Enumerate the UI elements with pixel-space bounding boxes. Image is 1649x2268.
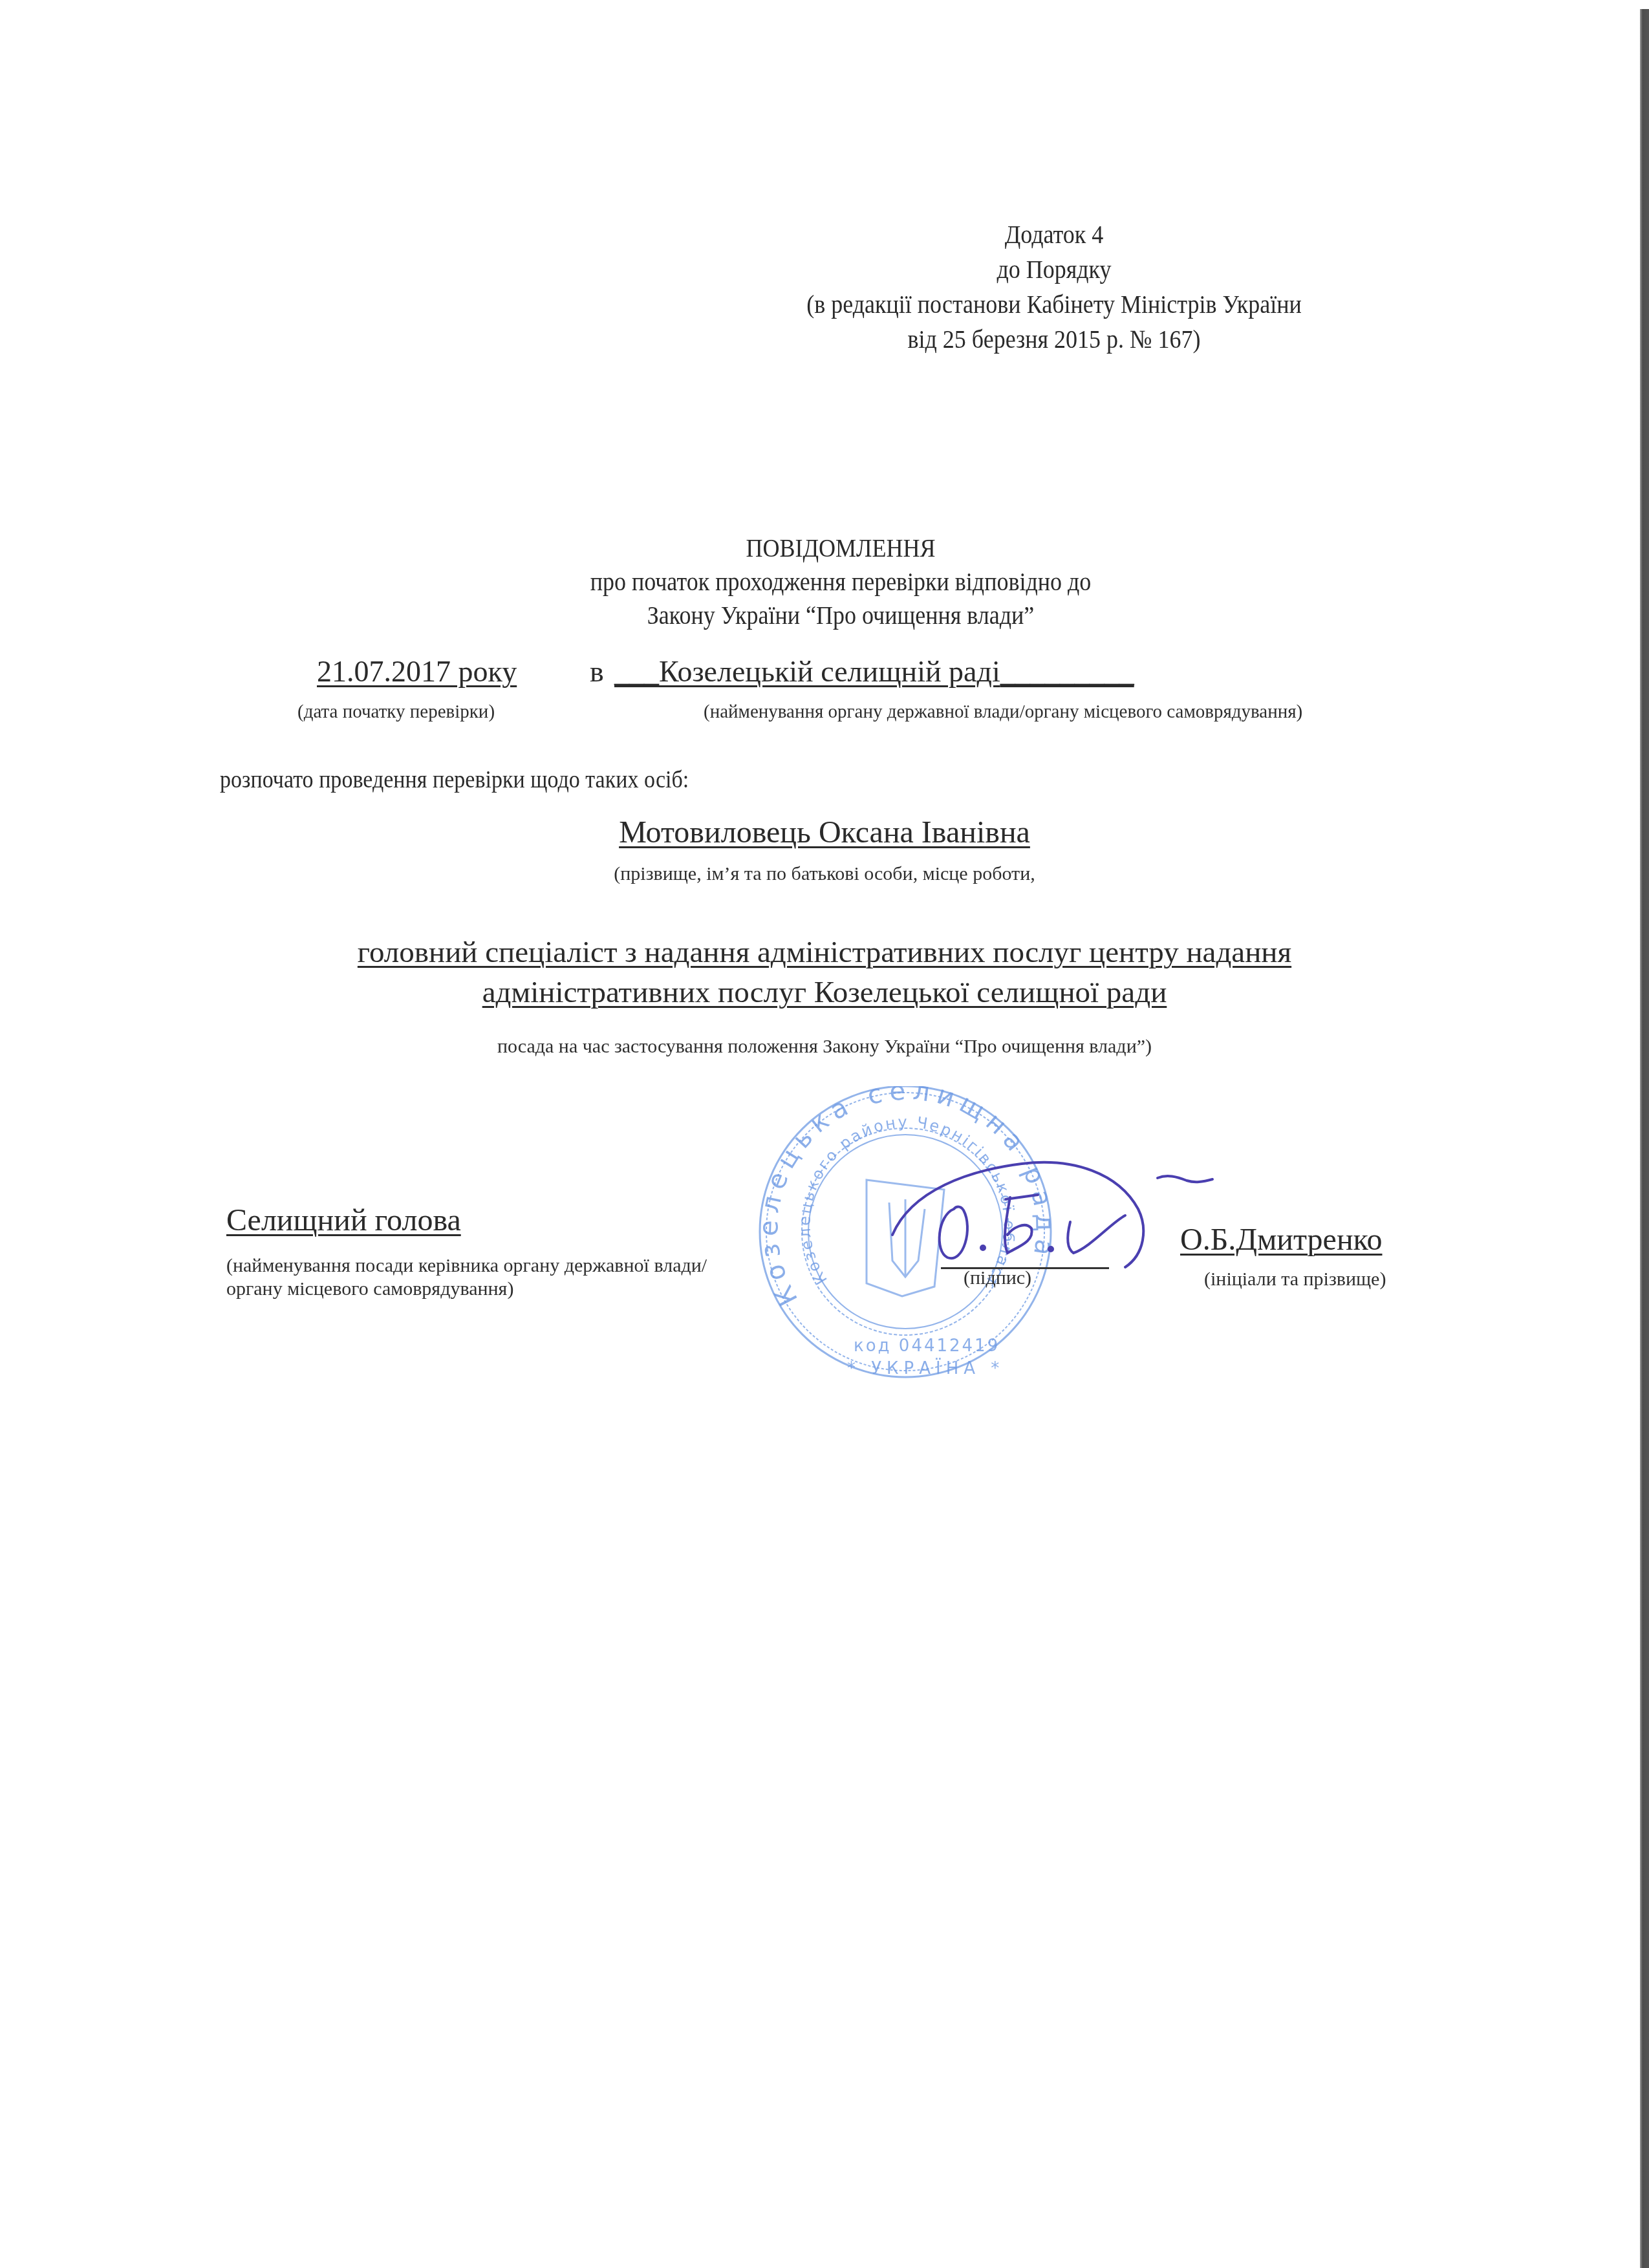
appendix-line: до Порядку bbox=[746, 252, 1363, 287]
intro-text: розпочато проведення перевірки щодо таки… bbox=[220, 766, 689, 794]
date-hint: (дата початку перевірки) bbox=[297, 701, 495, 723]
handwritten-signature bbox=[841, 1138, 1229, 1293]
position-hint: посада на час застосування положення Зак… bbox=[0, 1036, 1649, 1058]
person-name-hint: (прізвище, ім’я та по батькові особи, мі… bbox=[0, 863, 1649, 885]
person-name: Мотовиловець Оксана Іванівна bbox=[0, 815, 1649, 850]
organ-hint: (найменування органу державної влади/орг… bbox=[704, 701, 1302, 723]
svg-text:код 04412419: код 04412419 bbox=[854, 1336, 1000, 1356]
title-subtitle: про початок проходження перевірки відпов… bbox=[433, 565, 1248, 599]
document-title: ПОВІДОМЛЕННЯ про початок проходження пер… bbox=[433, 531, 1248, 632]
appendix-line: від 25 березня 2015 р. № 167) bbox=[746, 322, 1363, 357]
title-heading: ПОВІДОМЛЕННЯ bbox=[433, 531, 1248, 565]
svg-text:* УКРАЇНА *: * УКРАЇНА * bbox=[847, 1358, 1004, 1378]
organ-name: Козелецькій селищній раді bbox=[659, 655, 1000, 688]
check-date: 21.07.2017 року bbox=[317, 654, 517, 689]
preposition: в bbox=[590, 654, 604, 689]
appendix-line: Додаток 4 bbox=[746, 217, 1363, 252]
organ-field: ___Козелецькій селищній раді_________ bbox=[614, 654, 1134, 689]
scan-edge-shadow bbox=[1640, 9, 1649, 2268]
signatory-name-hint: (ініціали та прізвище) bbox=[1204, 1268, 1386, 1290]
title-subtitle: Закону України “Про очищення влади” bbox=[433, 599, 1248, 632]
appendix-header: Додаток 4 до Порядку (в редакції постано… bbox=[746, 217, 1363, 357]
person-position: головний спеціаліст з надання адміністра… bbox=[0, 932, 1649, 1012]
appendix-line: (в редакції постанови Кабінету Міністрів… bbox=[746, 287, 1363, 322]
signatory-title: Селищний голова bbox=[226, 1203, 461, 1238]
signatory-title-hint: (найменування посади керівника органу де… bbox=[226, 1254, 841, 1301]
